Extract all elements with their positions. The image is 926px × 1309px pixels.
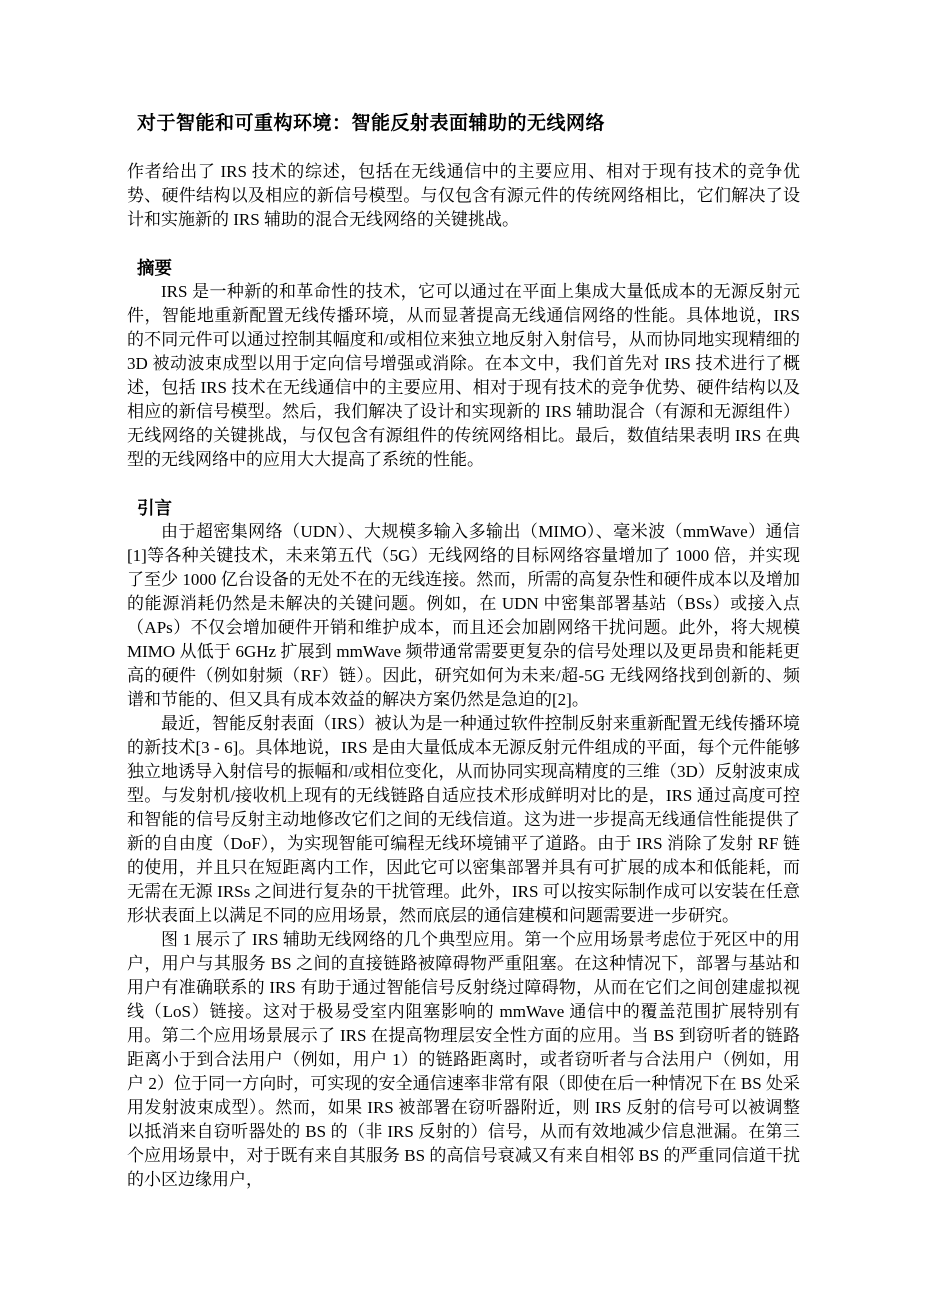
section-heading-abstract: 摘要 — [127, 256, 800, 280]
introduction-paragraph-3: 图 1 展示了 IRS 辅助无线网络的几个典型应用。第一个应用场景考虑位于死区中… — [127, 928, 800, 1192]
introduction-paragraph-1: 由于超密集网络（UDN）、大规模多输入多输出（MIMO）、毫米波（mmWave）… — [127, 520, 800, 712]
introduction-paragraph-2: 最近，智能反射表面（IRS）被认为是一种通过软件控制反射来重新配置无线传播环境的… — [127, 712, 800, 928]
document-page: 对于智能和可重构环境：智能反射表面辅助的无线网络 作者给出了 IRS 技术的综述… — [0, 0, 926, 1309]
abstract-paragraph: IRS 是一种新的和革命性的技术，它可以通过在平面上集成大量低成本的无源反射元件… — [127, 280, 800, 472]
document-title: 对于智能和可重构环境：智能反射表面辅助的无线网络 — [127, 111, 800, 136]
lead-paragraph: 作者给出了 IRS 技术的综述，包括在无线通信中的主要应用、相对于现有技术的竞争… — [127, 160, 800, 232]
section-heading-introduction: 引言 — [127, 496, 800, 520]
